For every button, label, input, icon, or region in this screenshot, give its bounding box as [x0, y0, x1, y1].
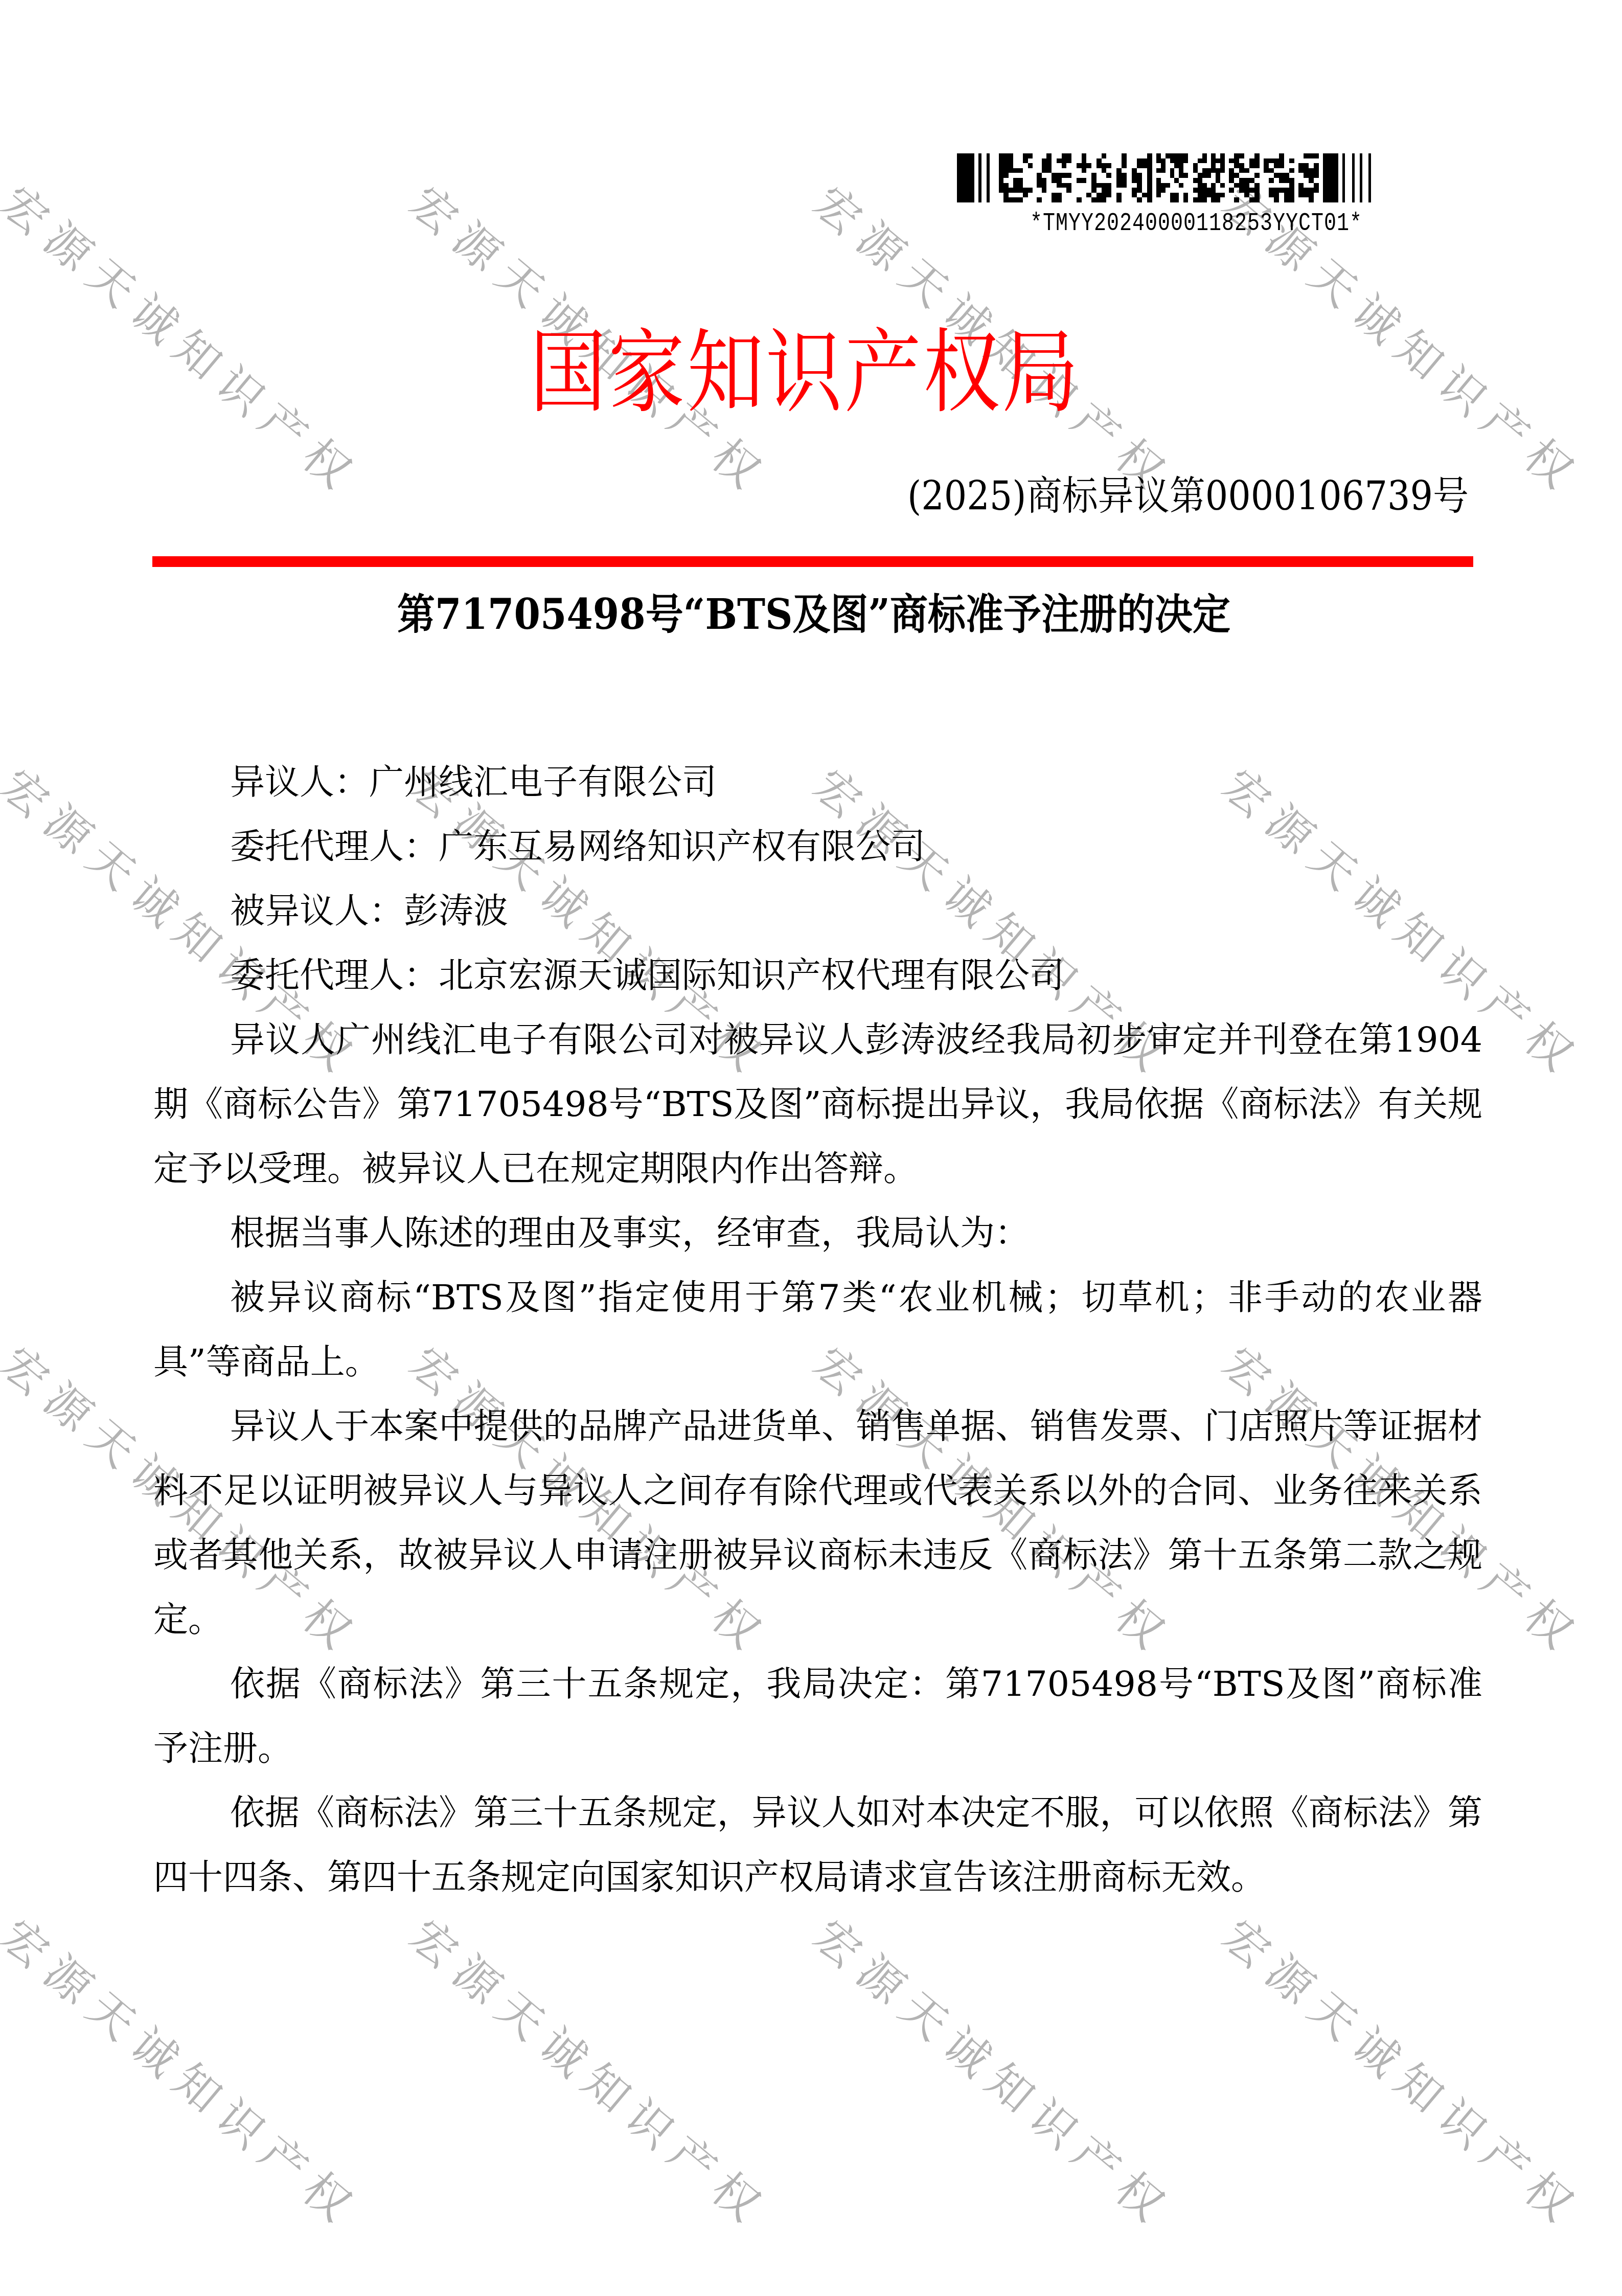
- party-label: 委托代理人：: [230, 827, 439, 867]
- party-value: 广东互易网络知识产权有限公司: [439, 827, 925, 867]
- party-label: 异议人：: [230, 762, 369, 803]
- paragraph-case-acceptance: 异议人广州线汇电子有限公司对被异议人彭涛波经我局初步审定并刊登在第1904期《商…: [153, 1008, 1482, 1201]
- party-value: 北京宏源天诚国际知识产权代理有限公司: [439, 956, 1064, 996]
- barcode-code-text: *TMYY20240000118253YYCT01*: [997, 210, 1396, 238]
- party-label: 被异议人：: [230, 891, 404, 931]
- party-respondent: 被异议人：彭涛波: [153, 879, 1482, 944]
- paragraph-designated-goods: 被异议商标“BTS及图”指定使用于第7类“农业机械；切草机；非手动的农业器具”等…: [153, 1266, 1482, 1395]
- party-respondent-agent: 委托代理人：北京宏源天诚国际知识产权代理有限公司: [153, 944, 1482, 1008]
- barcode-image: [957, 153, 1432, 202]
- document-page: 宏源天诚知识产权 宏源天诚知识产权 宏源天诚知识产权 宏源天诚知识产权 宏源天诚…: [0, 0, 1622, 2296]
- party-label: 委托代理人：: [230, 956, 439, 996]
- party-opponent: 异议人：广州线汇电子有限公司: [153, 751, 1482, 815]
- paragraph-decision: 依据《商标法》第三十五条规定，我局决定：第71705498号“BTS及图”商标准…: [153, 1652, 1482, 1781]
- agency-title: 国家知识产权局: [511, 322, 1099, 425]
- party-opponent-agent: 委托代理人：广东互易网络知识产权有限公司: [153, 815, 1482, 879]
- document-heading: 第71705498号“BTS及图”商标准予注册的决定: [153, 588, 1474, 642]
- paragraph-evidence-finding: 异议人于本案中提供的品牌产品进货单、销售单据、销售发票、门店照片等证据材料不足以…: [153, 1395, 1482, 1652]
- document-number: (2025)商标异议第0000106739号: [907, 470, 1469, 522]
- party-value: 广州线汇电子有限公司: [369, 762, 717, 803]
- party-value: 彭涛波: [404, 891, 508, 931]
- document-body: 异议人：广州线汇电子有限公司 委托代理人：广东互易网络知识产权有限公司 被异议人…: [153, 751, 1482, 1910]
- paragraph-review-intro: 根据当事人陈述的理由及事实，经审查，我局认为：: [153, 1201, 1482, 1266]
- paragraph-remedy-notice: 依据《商标法》第三十五条规定，异议人如对本决定不服，可以依照《商标法》第四十四条…: [153, 1781, 1482, 1910]
- red-divider-rule: [152, 556, 1473, 567]
